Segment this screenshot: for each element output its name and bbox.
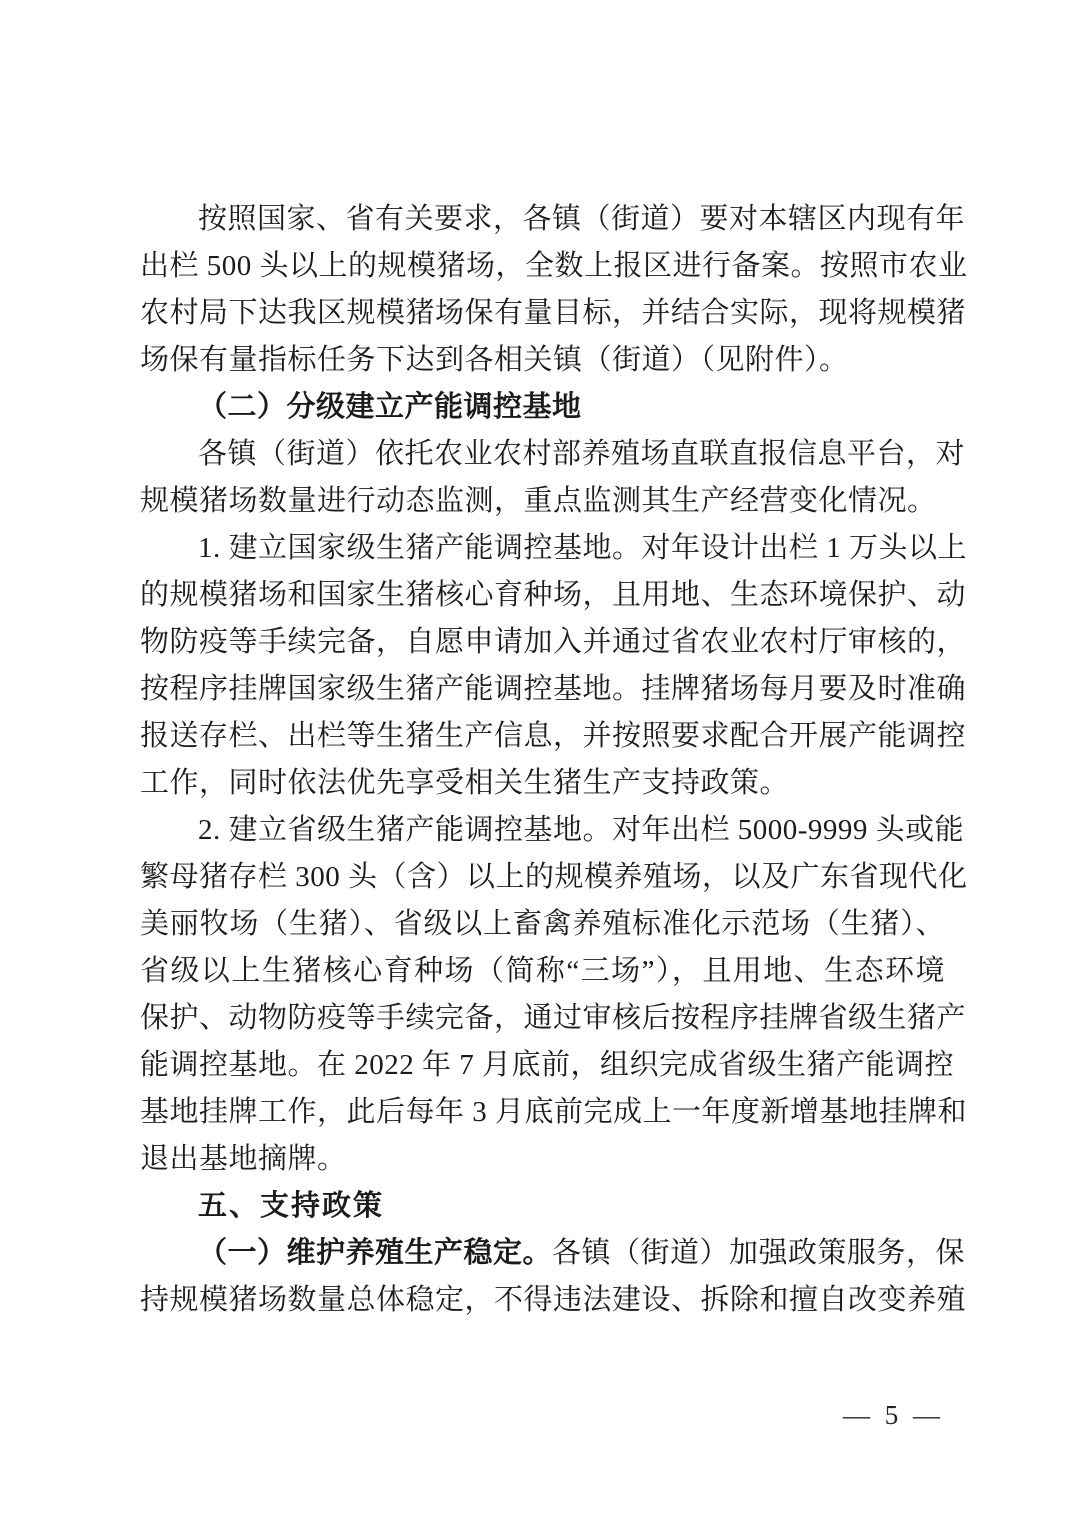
body-text: 按照国家、省有关要求，各镇（街道）要对本辖区内现有年 出栏 500 头以上的规模… xyxy=(140,196,945,1324)
paragraph-line: 场保有量指标任务下达到各相关镇（街道）（见附件）。 xyxy=(140,337,945,384)
subsection-heading-2: （二）分级建立产能调控基地 xyxy=(140,384,945,431)
paragraph-line: 出栏 500 头以上的规模猪场，全数上报区进行备案。按照市农业 xyxy=(140,243,945,290)
numbered-item-line: 按程序挂牌国家级生猪产能调控基地。挂牌猪场每月要及时准确 xyxy=(140,666,945,713)
numbered-item-line: 工作，同时依法优先享受相关生猪生产支持政策。 xyxy=(140,760,945,807)
paragraph-line: 持规模猪场数量总体稳定，不得违法建设、拆除和擅自改变养殖 xyxy=(140,1277,945,1324)
numbered-item-line: 基地挂牌工作，此后每年 3 月底前完成上一年度新增基地挂牌和 xyxy=(140,1089,945,1136)
numbered-item-line: 繁母猪存栏 300 头（含）以上的规模养殖场，以及广东省现代化 xyxy=(140,854,945,901)
numbered-item-line: 退出基地摘牌。 xyxy=(140,1136,945,1183)
paragraph-line: 按照国家、省有关要求，各镇（街道）要对本辖区内现有年 xyxy=(140,196,945,243)
numbered-item-line: 物防疫等手续完备，自愿申请加入并通过省农业农村厅审核的， xyxy=(140,619,945,666)
paragraph-line: 规模猪场数量进行动态监测，重点监测其生产经营变化情况。 xyxy=(140,478,945,525)
paragraph-line: 各镇（街道）依托农业农村部养殖场直联直报信息平台，对 xyxy=(140,431,945,478)
section-heading-5: 五、支持政策 xyxy=(140,1183,945,1230)
numbered-item-line: 1. 建立国家级生猪产能调控基地。对年设计出栏 1 万头以上 xyxy=(140,525,945,572)
numbered-item-line: 美丽牧场（生猪）、省级以上畜禽养殖标准化示范场（生猪）、 xyxy=(140,901,945,948)
page-number: — 5 — xyxy=(843,1400,944,1431)
subsection-lead-bold: （一）维护养殖生产稳定。 xyxy=(198,1237,552,1269)
paragraph-line: 农村局下达我区规模猪场保有量目标，并结合实际，现将规模猪 xyxy=(140,290,945,337)
numbered-item-line: 保护、动物防疫等手续完备，通过审核后按程序挂牌省级生猪产 xyxy=(140,995,945,1042)
numbered-item-line: 2. 建立省级生猪产能调控基地。对年出栏 5000-9999 头或能 xyxy=(140,807,945,854)
document-page: 按照国家、省有关要求，各镇（街道）要对本辖区内现有年 出栏 500 头以上的规模… xyxy=(0,0,1080,1527)
paragraph-line: （一）维护养殖生产稳定。各镇（街道）加强政策服务，保 xyxy=(140,1230,945,1277)
paragraph-text: 各镇（街道）加强政策服务，保 xyxy=(552,1237,965,1269)
numbered-item-line: 报送存栏、出栏等生猪生产信息，并按照要求配合开展产能调控 xyxy=(140,713,945,760)
numbered-item-line: 省级以上生猪核心育种场（简称“三场”），且用地、生态环境 xyxy=(140,948,945,995)
numbered-item-line: 的规模猪场和国家生猪核心育种场，且用地、生态环境保护、动 xyxy=(140,572,945,619)
numbered-item-line: 能调控基地。在 2022 年 7 月底前，组织完成省级生猪产能调控 xyxy=(140,1042,945,1089)
